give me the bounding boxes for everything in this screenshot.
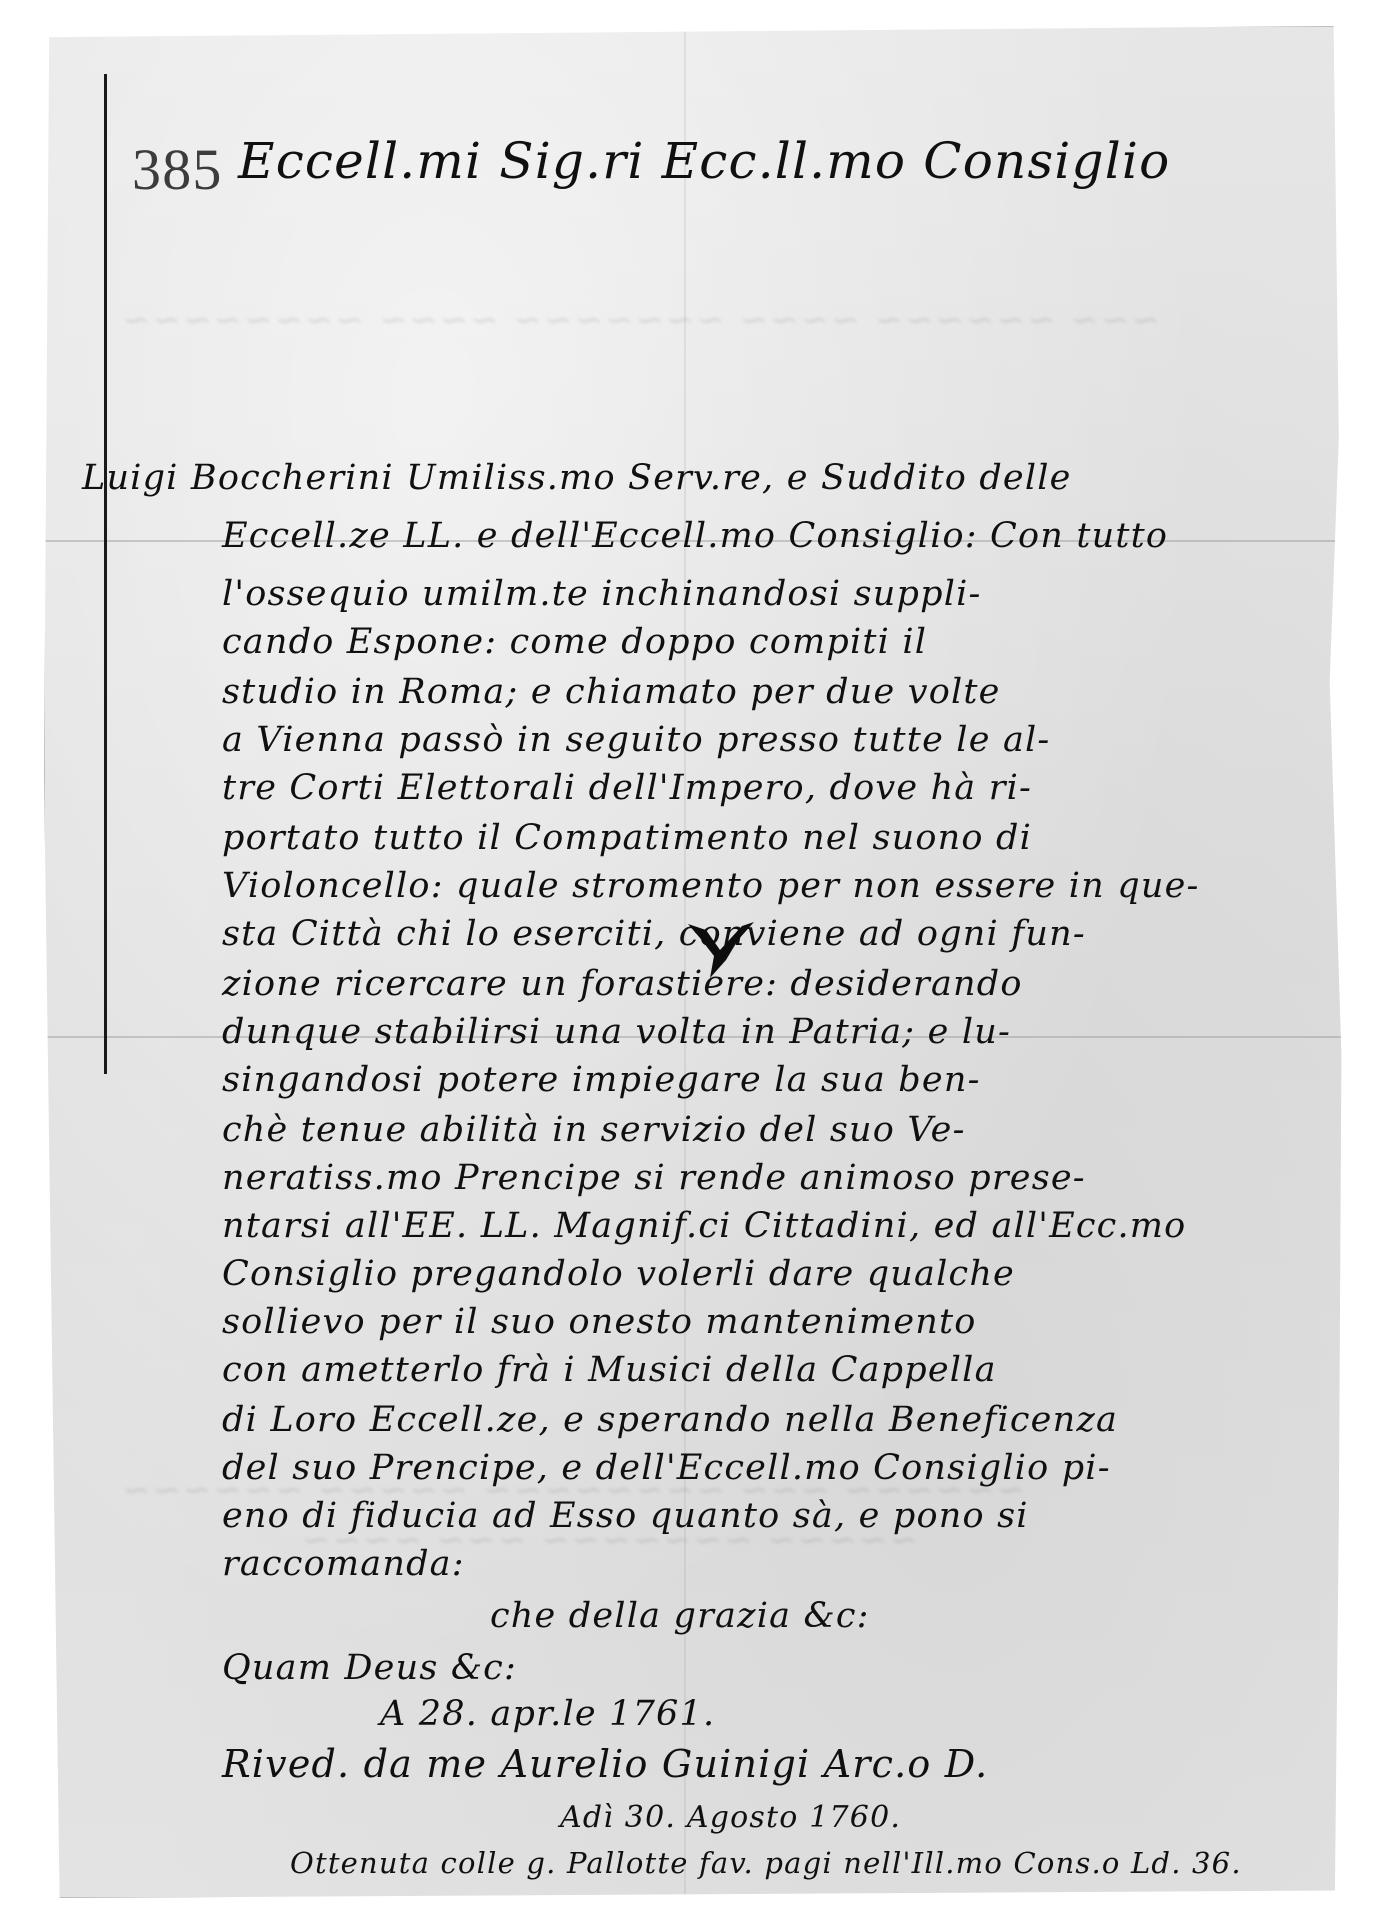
petition-line: Eccell.ze LL. e dell'Eccell.mo Consiglio… (222, 516, 1168, 556)
petition-line: del suo Prencipe, e dell'Eccell.mo Consi… (222, 1448, 1111, 1488)
salutation-heading: Eccell.mi Sig.ri Ecc.ll.mo Consiglio (238, 132, 1170, 190)
petition-line: dunque stabilirsi una volta in Patria; e… (222, 1012, 1011, 1052)
petition-line: eno di fiducia ad Esso quanto sà, e pono… (222, 1496, 1029, 1536)
petition-line: cando Espone: come doppo compiti il (222, 622, 927, 662)
petition-line: Consiglio pregandolo volerli dare qualch… (222, 1254, 1015, 1294)
petition-line: portato tutto il Compatimento nel suono … (222, 818, 1032, 858)
review-date: A 28. apr.le 1761. (380, 1694, 715, 1734)
petition-line: tre Corti Elettorali dell'Impero, dove h… (222, 768, 1032, 808)
petition-line: neratiss.mo Prencipe si rende animoso pr… (222, 1158, 1086, 1198)
petition-line-text: Luigi Boccherini Umiliss.mo Serv.re, e S… (82, 458, 1072, 498)
petition-line: a Vienna passò in seguito presso tutte l… (222, 720, 1050, 760)
petition-line: l'ossequio umilm.te inchinandosi suppli- (222, 574, 982, 614)
closing-latin: Quam Deus &c: (222, 1648, 517, 1688)
bleed-through-text: ~~~ ~~~~~~ ~~~~ ~~~~~~~ ~~~~ ~~~~~~~~ (120, 300, 1160, 340)
petition-line: Luigi Boccherini Umiliss.mo Serv.re, e S… (82, 458, 1072, 498)
petition-line: Violoncello: quale stromento per non ess… (222, 866, 1200, 906)
decision-date: Adì 30. Agosto 1760. (560, 1800, 901, 1835)
review-signature: Rived. da me Aurelio Guinigi Arc.o D. (222, 1742, 988, 1786)
petition-line: sollievo per il suo onesto mantenimento (222, 1302, 977, 1342)
petition-line: studio in Roma; e chiamato per due volte (222, 672, 1001, 712)
decision-note: Ottenuta colle g. Pallotte fav. pagi nel… (290, 1846, 1242, 1880)
closing-formula: che della grazia &c: (490, 1596, 870, 1636)
petition-line: sta Città chi lo eserciti, conviene ad o… (222, 914, 1086, 954)
ink-blot-mark (686, 920, 756, 980)
folio-number: 385 (132, 136, 223, 203)
petition-line: singandosi potere impiegare la sua ben- (222, 1060, 981, 1100)
petition-line: raccomanda: (222, 1544, 465, 1584)
petition-line: di Loro Eccell.ze, e sperando nella Bene… (222, 1400, 1118, 1440)
petition-line: ntarsi all'EE. LL. Magnif.ci Cittadini, … (222, 1206, 1186, 1246)
margin-rule-line (104, 74, 107, 1074)
petition-line: con ametterlo frà i Musici della Cappell… (222, 1350, 997, 1390)
petition-line: chè tenue abilità in servizio del suo Ve… (222, 1110, 966, 1150)
petition-line: zione ricercare un forastiere: desideran… (222, 964, 1023, 1004)
